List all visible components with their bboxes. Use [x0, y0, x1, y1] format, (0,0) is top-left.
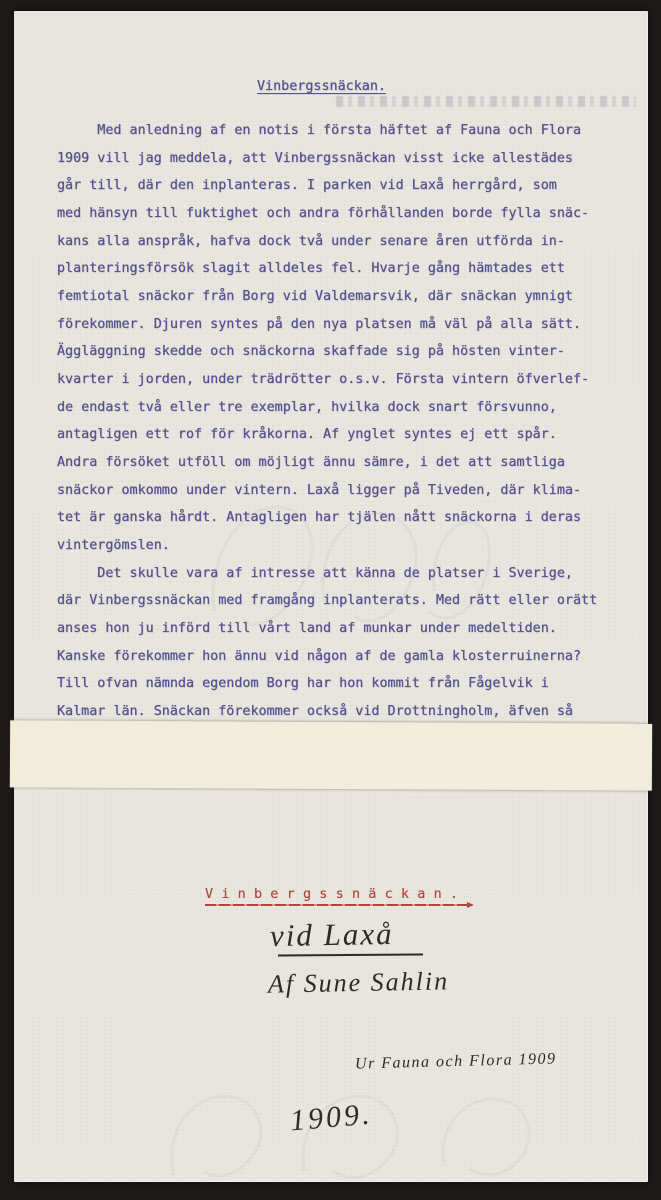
typed-text-line: med hänsyn till fuktighet och andra förh…: [57, 200, 617, 228]
offset-ink-ghost: [336, 96, 636, 107]
handwritten-source-note: Ur Fauna och Flora 1909: [355, 1050, 557, 1073]
typed-text-line: femtiotal snäckor från Borg vid Valdemar…: [57, 283, 617, 311]
handwritten-author: Af Sune Sahlin: [268, 966, 450, 999]
document-title: Vinbergssnäckan.: [257, 77, 386, 97]
typed-text-line: kvarter i jorden, under trädrötter o.s.v…: [57, 366, 617, 394]
typed-text-line: Kanske förekommer hon ännu vid någon af …: [57, 643, 617, 671]
typed-text-line: tet är ganska hårdt. Antagligen har tjäl…: [57, 504, 617, 532]
typed-text-line: vintergömslen.: [57, 532, 617, 560]
paper-sheet: Vinbergssnäckan. Med anledning af en not…: [14, 11, 648, 1182]
typed-text-line: går till, där den inplanteras. I parken …: [57, 172, 617, 200]
handwritten-location-underline: [278, 953, 423, 956]
typed-text-line: Andra försöket utföll om möjligt ännu sä…: [57, 449, 617, 477]
paragraph-1: Med anledning af en notis i första häfte…: [57, 117, 617, 560]
typed-text-line: de endast två eller tre exemplar, hvilka…: [57, 394, 617, 422]
typed-text-line: kans alla anspråk, hafva dock två under …: [57, 228, 617, 256]
typed-text-line: anses hon ju införd till vårt land af mu…: [57, 615, 617, 643]
typed-text-line: snäckor omkommo under vintern. Laxå ligg…: [57, 477, 617, 505]
typed-text-line: där Vinbergssnäckan med framgång inplant…: [57, 587, 617, 615]
handwritten-location: vid Laxå: [270, 916, 394, 954]
typed-text-line: 1909 vill jag meddela, att Vinbergssnäck…: [57, 145, 617, 173]
typed-text-line: förekommer. Djuren syntes på den nya pla…: [57, 311, 617, 339]
red-section-heading: Vinbergssnäckan.: [205, 886, 466, 902]
typed-text-line: Med anledning af en notis i första häfte…: [57, 117, 617, 145]
typed-text-line: planteringsförsök slagit alldeles fel. H…: [57, 255, 617, 283]
underlying-sheet-strip: [10, 720, 652, 790]
scanned-document-page: Vinbergssnäckan. Med anledning af en not…: [0, 0, 661, 1200]
typed-text-line: Det skulle vara af intresse att känna de…: [57, 560, 617, 588]
paragraph-2: Det skulle vara af intresse att känna de…: [57, 560, 617, 726]
typed-body-text: Med anledning af en notis i första häfte…: [57, 117, 617, 726]
handwritten-year: 1909.: [289, 1097, 374, 1138]
red-heading-underline: [205, 904, 469, 906]
typed-text-line: Äggläggning skedde och snäckorna skaffad…: [57, 338, 617, 366]
typed-text-line: antagligen ett rof för kråkorna. Af yngl…: [57, 421, 617, 449]
typed-text-line: Till ofvan nämnda egendom Borg har hon k…: [57, 670, 617, 698]
